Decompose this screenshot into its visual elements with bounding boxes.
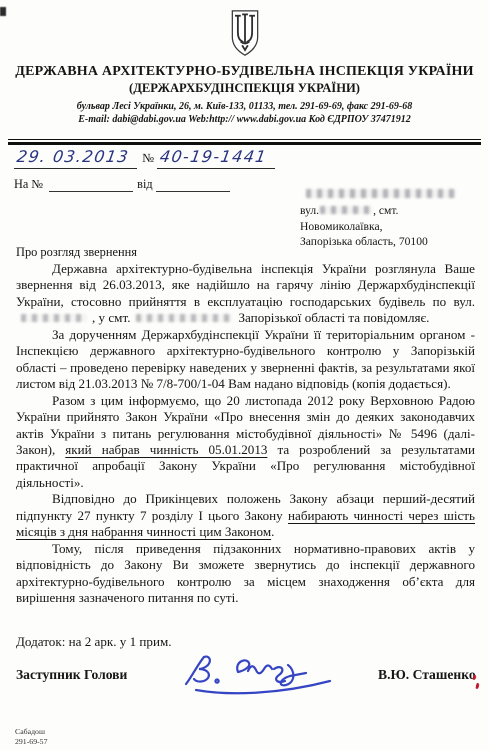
body-paragraph: Відповідно до Прикінцевих положень Закон… xyxy=(16,491,475,540)
red-ink-mark xyxy=(472,675,476,681)
executor-name: Сабадош xyxy=(15,727,47,737)
body-paragraph: Разом з цим інформуємо, що 20 листопада … xyxy=(16,393,475,492)
paragraph-text: За дорученням Держархбудінспекції Україн… xyxy=(16,327,475,391)
attachment-note: Додаток: на 2 арк. у 1 прим. xyxy=(16,634,172,650)
org-short-name: (ДЕРЖАРХБУДІНСПЕКЦІЯ УКРАЇНИ) xyxy=(0,81,489,96)
incoming-date-blank xyxy=(156,178,230,192)
body-paragraph: За дорученням Держархбудінспекції Україн… xyxy=(16,327,475,393)
paragraph-text: , у смт. xyxy=(92,310,130,325)
signer-name: В.Ю. Сташенко xyxy=(378,667,476,683)
number-sign: № xyxy=(142,151,154,165)
paragraph-text: Державна архітектурно-будівельна інспекц… xyxy=(16,261,475,309)
redacted-text xyxy=(21,314,87,322)
incoming-date-label: від xyxy=(137,177,152,191)
outgoing-date-handwritten: 29. 03.2013 xyxy=(15,147,130,166)
addressee-street-line: вул., смт. Новомиколаївка, xyxy=(300,203,478,234)
scan-artifact-mark xyxy=(0,7,6,16)
red-ink-mark xyxy=(475,683,479,689)
addressee-region-line: Запорізька область, 70100 xyxy=(300,234,478,250)
letterhead-contacts: бульвар Лесі Українки, 26, м. Київ-133, … xyxy=(0,101,489,127)
letter-body: Державна архітектурно-будівельна інспекц… xyxy=(16,261,475,607)
outgoing-number-field: 40-19-1441 xyxy=(157,147,275,169)
paragraph-text: Запорізької області та повідомляє. xyxy=(238,310,429,325)
executor-phone: 291-69-57 xyxy=(15,737,47,747)
redacted-text xyxy=(136,314,232,322)
street-redacted xyxy=(320,206,372,214)
ukraine-trident-emblem-icon xyxy=(226,5,264,61)
incoming-number-blank xyxy=(49,178,133,192)
letterhead-address-line: бульвар Лесі Українки, 26, м. Київ-133, … xyxy=(0,101,489,114)
letterhead-contact-line: E-mail: dabi@dabi.gov.ua Web:http:// www… xyxy=(0,114,489,127)
underlined-text: який набрав чинність 05.01.2013 xyxy=(65,442,267,457)
letterhead-divider xyxy=(8,139,481,145)
paragraph-text: Тому, після приведення підзаконних норма… xyxy=(16,541,475,605)
street-label: вул. xyxy=(300,204,319,217)
body-paragraph: Державна архітектурно-будівельна інспекц… xyxy=(16,261,475,327)
body-paragraph: Тому, після приведення підзаконних норма… xyxy=(16,541,475,607)
executor-footer: Сабадош 291-69-57 xyxy=(15,727,47,746)
addressee-block: вул., смт. Новомиколаївка, Запорізька об… xyxy=(300,186,478,250)
incoming-reference-row: На №від xyxy=(14,177,230,192)
scanned-letter-page: ДЕРЖАВНА АРХІТЕКТУРНО-БУДІВЕЛЬНА ІНСПЕКЦ… xyxy=(0,0,489,750)
outgoing-date-field: 29. 03.2013 xyxy=(14,147,137,169)
position-title: Заступник Голови xyxy=(16,667,127,683)
outgoing-number-handwritten: 40-19-1441 xyxy=(159,147,269,166)
reference-row: 29. 03.2013№40-19-1441 xyxy=(14,147,275,169)
org-name: ДЕРЖАВНА АРХІТЕКТУРНО-БУДІВЕЛЬНА ІНСПЕКЦ… xyxy=(0,64,489,80)
addressee-name-redacted xyxy=(306,189,456,198)
incoming-number-label: На № xyxy=(14,177,43,191)
subject-line: Про розгляд звернення xyxy=(16,245,137,260)
paragraph-text: . xyxy=(271,524,274,539)
handwritten-signature xyxy=(180,648,340,700)
